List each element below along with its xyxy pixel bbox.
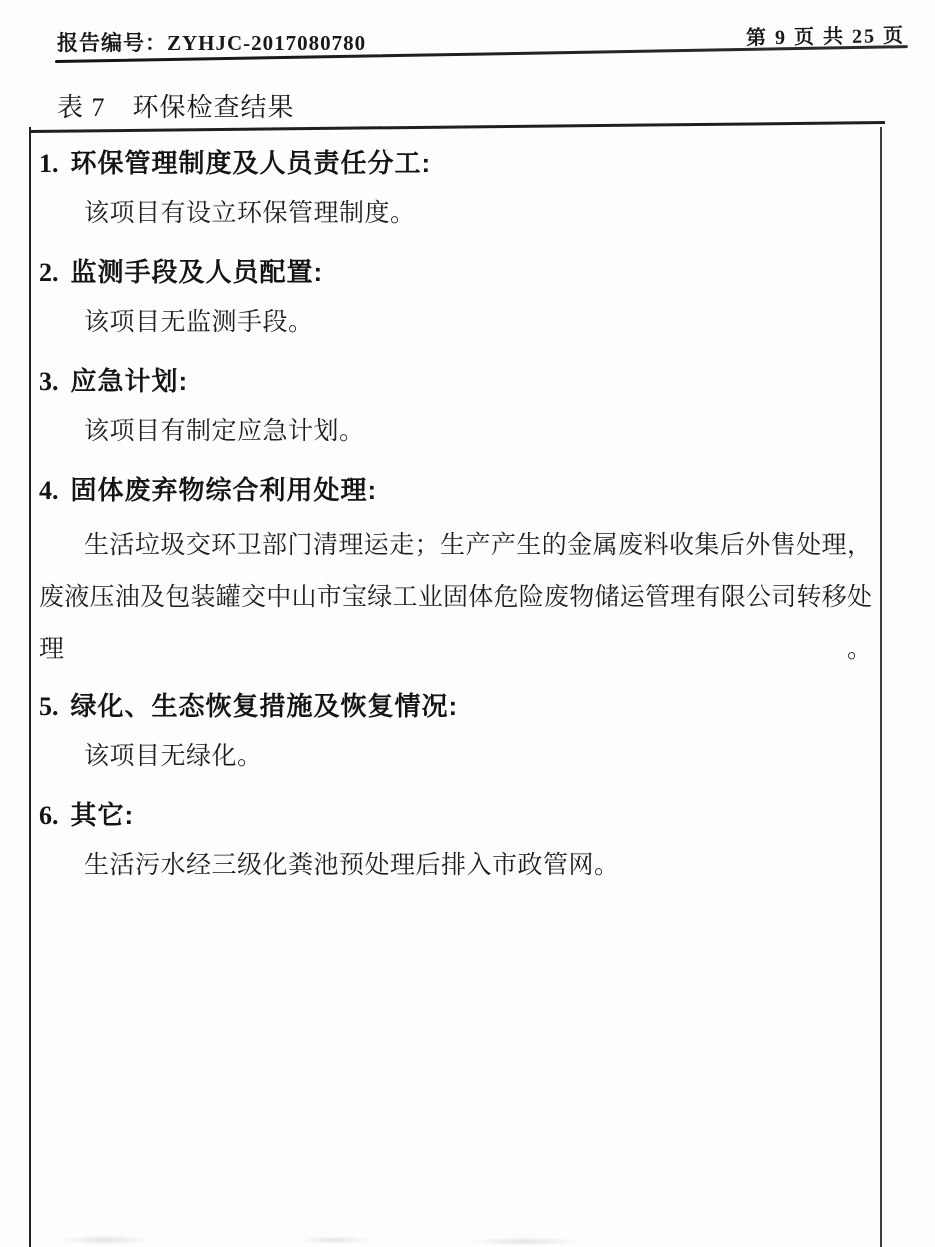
item-heading: 6.其它:	[37, 798, 874, 833]
item-heading: 3.应急计划:	[37, 364, 874, 399]
scanned-report-page: { "colors": { "ink": "#1b1b1b", "paper":…	[0, 0, 935, 1247]
item-heading: 5.绿化、生态恢复措施及恢复情况:	[37, 689, 874, 724]
item-heading-text: 绿化、生态恢复措施及恢复情况:	[71, 691, 459, 721]
checklist-item-6: 6.其它: 生活污水经三级化粪池预处理后排入市政管网。	[37, 798, 874, 883]
item-body: 该项目无绿化。	[37, 740, 874, 774]
checklist-item-4: 4.固体废弃物综合利用处理: 生活垃圾交环卫部门清理运走；生产产生的金属废料收集…	[37, 473, 874, 676]
checklist-item-3: 3.应急计划: 该项目有制定应急计划。	[37, 364, 874, 449]
checklist-item-2: 2.监测手段及人员配置: 该项目无监测手段。	[37, 255, 874, 340]
table-title: 表 7 环保检查结果	[57, 87, 295, 124]
item-body: 该项目无监测手段。	[37, 306, 874, 340]
item-number: 4.	[39, 476, 59, 505]
item-body: 该项目有制定应急计划。	[37, 415, 874, 449]
inspection-results-box: 1.环保管理制度及人员责任分工: 该项目有设立环保管理制度。 2.监测手段及人员…	[29, 127, 882, 1247]
report-number-label: 报告编号：ZYHJC-2017080780	[57, 27, 366, 57]
item-body: 生活污水经三级化粪池预处理后排入市政管网。	[37, 849, 874, 883]
item-heading-text: 环保管理制度及人员责任分工:	[71, 148, 432, 178]
item-number: 5.	[39, 692, 59, 721]
checklist-item-5: 5.绿化、生态恢复措施及恢复情况: 该项目无绿化。	[37, 689, 874, 774]
item-heading-text: 监测手段及人员配置:	[71, 257, 324, 287]
item-number: 1.	[39, 149, 59, 178]
item-body: 该项目有设立环保管理制度。	[37, 197, 874, 231]
item-number: 3.	[39, 367, 59, 396]
item-heading: 1.环保管理制度及人员责任分工:	[37, 146, 874, 181]
item-body: 生活垃圾交环卫部门清理运走；生产产生的金属废料收集后外售处理，废液压油及包装罐交…	[37, 520, 874, 676]
item-heading-text: 应急计划:	[71, 366, 189, 396]
item-number: 2.	[39, 258, 59, 287]
item-heading: 2.监测手段及人员配置:	[37, 255, 874, 290]
item-heading: 4.固体废弃物综合利用处理:	[37, 473, 874, 508]
checklist-item-1: 1.环保管理制度及人员责任分工: 该项目有设立环保管理制度。	[37, 146, 874, 231]
item-heading-text: 其它:	[71, 800, 135, 830]
item-heading-text: 固体废弃物综合利用处理:	[71, 475, 378, 505]
item-number: 6.	[39, 801, 59, 830]
